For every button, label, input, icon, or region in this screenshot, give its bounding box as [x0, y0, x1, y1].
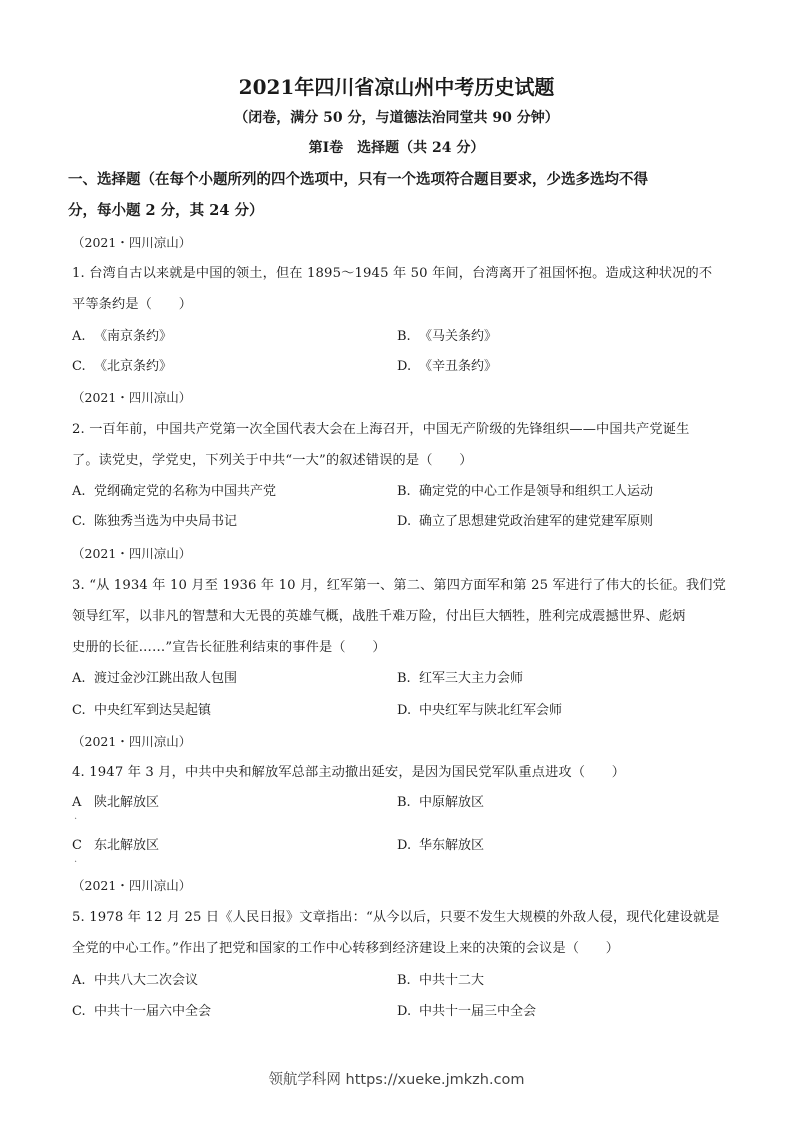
- option-text: 华东解放区: [419, 838, 484, 853]
- option-d[interactable]: D.华东解放区: [397, 836, 484, 856]
- option-letter: C.: [72, 512, 94, 532]
- option-c[interactable]: C.陈独秀当选为中央局书记: [72, 512, 237, 532]
- exam-subtitle: （闭卷，满分 50 分，与道德法治同堂共 90 分钟）: [0, 108, 793, 128]
- option-text: 陈独秀当选为中央局书记: [94, 514, 237, 529]
- option-letter: A.: [72, 482, 94, 502]
- question-text-line: 1. 台湾自古以来就是中国的领土，但在 1895～1945 年 50 年间，台湾…: [72, 264, 712, 284]
- question-text-line: 4. 1947 年 3 月，中共中央和解放军总部主动撤出延安，是因为国民党军队重…: [72, 763, 625, 783]
- option-b[interactable]: B.红军三大主力会师: [397, 669, 523, 689]
- option-text: 东北解放区: [94, 838, 159, 853]
- option-text: 党纲确定党的名称为中国共产党: [94, 484, 276, 499]
- option-b[interactable]: B.《马关条约》: [397, 327, 497, 347]
- option-text: 《马关条约》: [419, 329, 497, 344]
- option-letter: A.: [72, 327, 94, 347]
- question-text-line: 2. 一百年前，中国共产党第一次全国代表大会在上海召开，中国无产阶级的先锋组织—…: [72, 420, 689, 440]
- option-letter: B.: [397, 971, 419, 991]
- option-d[interactable]: D.中共十一届三中全会: [397, 1002, 536, 1022]
- footer-watermark: 领航学科网 https://xueke.jmkzh.com: [0, 1070, 793, 1090]
- option-letter: B.: [397, 669, 419, 689]
- question-source-tag: （2021・四川凉山）: [72, 544, 191, 564]
- option-text: 确定党的中心工作是领导和组织工人运动: [419, 484, 653, 499]
- option-text: 《北京条约》: [94, 359, 172, 374]
- option-text: 中央红军与陕北红军会师: [419, 703, 562, 718]
- option-letter: D.: [397, 836, 419, 856]
- option-letter: C.: [72, 357, 94, 377]
- option-text: 中原解放区: [419, 795, 484, 810]
- option-text: 《南京条约》: [94, 329, 172, 344]
- option-c[interactable]: C.中央红军到达吴起镇: [72, 701, 211, 721]
- option-text: 中共十一届六中全会: [94, 1004, 211, 1019]
- exam-page: 2021年四川省凉山州中考历史试题 （闭卷，满分 50 分，与道德法治同堂共 9…: [0, 0, 793, 1122]
- option-letter: B.: [397, 793, 419, 813]
- option-letter: A.: [72, 971, 94, 991]
- option-a[interactable]: A.中共八大二次会议: [72, 971, 198, 991]
- question-text-line: 了。读党史，学党史，下列关于中共“一大”的叙述错误的是（ ）: [72, 451, 473, 471]
- option-c[interactable]: C.中共十一届六中全会: [72, 1002, 211, 1022]
- option-b[interactable]: B.中共十二大: [397, 971, 484, 991]
- option-text: 中共十二大: [419, 973, 484, 988]
- option-c[interactable]: C.东北解放区: [72, 836, 159, 856]
- option-c[interactable]: C.《北京条约》: [72, 357, 172, 377]
- question-text-line: 平等条约是（ ）: [72, 295, 192, 315]
- option-letter-dot: .: [74, 807, 77, 827]
- question-source-tag: （2021・四川凉山）: [72, 876, 191, 896]
- option-b[interactable]: B.确定党的中心工作是领导和组织工人运动: [397, 482, 653, 502]
- option-letter: A.: [72, 669, 94, 689]
- option-letter: D.: [397, 512, 419, 532]
- option-letter: C.: [72, 1002, 94, 1022]
- option-d[interactable]: D.中央红军与陕北红军会师: [397, 701, 562, 721]
- option-letter-dot: .: [74, 850, 77, 870]
- option-letter: D.: [397, 1002, 419, 1022]
- option-text: 渡过金沙江跳出敌人包围: [94, 671, 237, 686]
- option-letter: B.: [397, 482, 419, 502]
- option-text: 《辛丑条约》: [419, 359, 497, 374]
- option-b[interactable]: B.中原解放区: [397, 793, 484, 813]
- option-text: 陕北解放区: [94, 795, 159, 810]
- option-d[interactable]: D.确立了思想建党政治建军的建党建军原则: [397, 512, 653, 532]
- option-a[interactable]: A.《南京条约》: [72, 327, 172, 347]
- option-letter: C.: [72, 701, 94, 721]
- question-text-line: 3. “从 1934 年 10 月至 1936 年 10 月，红军第一、第二、第…: [72, 576, 726, 596]
- question-source-tag: （2021・四川凉山）: [72, 233, 191, 253]
- section-instructions-line2: 分，每小题 2 分，其 24 分）: [68, 201, 263, 221]
- option-text: 中央红军到达吴起镇: [94, 703, 211, 718]
- question-text-line: 5. 1978 年 12 月 25 日《人民日报》文章指出：“从今以后，只要不发…: [72, 908, 720, 928]
- part-heading: 第Ⅰ卷 选择题（共 24 分）: [0, 138, 793, 158]
- section-instructions-line1: 一、选择题（在每个小题所列的四个选项中，只有一个选项符合题目要求，少选多选均不得: [68, 170, 648, 190]
- page-title: 2021年四川省凉山州中考历史试题: [0, 74, 793, 100]
- option-letter: B.: [397, 327, 419, 347]
- option-text: 中共十一届三中全会: [419, 1004, 536, 1019]
- question-text-line: 史册的长征……”宣告长征胜利结束的事件是（ ）: [72, 638, 386, 658]
- question-text-line: 全党的中心工作。”作出了把党和国家的工作中心转移到经济建设上来的决策的会议是（ …: [72, 939, 619, 959]
- question-text-line: 领导红军，以非凡的智慧和大无畏的英雄气概，战胜千难万险，付出巨大牺牲，胜利完成震…: [72, 607, 686, 627]
- question-source-tag: （2021・四川凉山）: [72, 732, 191, 752]
- option-letter: D.: [397, 357, 419, 377]
- option-text: 红军三大主力会师: [419, 671, 523, 686]
- option-text: 中共八大二次会议: [94, 973, 198, 988]
- option-a[interactable]: A.党纲确定党的名称为中国共产党: [72, 482, 276, 502]
- option-a[interactable]: A.陕北解放区: [72, 793, 159, 813]
- option-d[interactable]: D.《辛丑条约》: [397, 357, 497, 377]
- option-letter: D.: [397, 701, 419, 721]
- option-text: 确立了思想建党政治建军的建党建军原则: [419, 514, 653, 529]
- option-a[interactable]: A.渡过金沙江跳出敌人包围: [72, 669, 237, 689]
- question-source-tag: （2021・四川凉山）: [72, 388, 191, 408]
